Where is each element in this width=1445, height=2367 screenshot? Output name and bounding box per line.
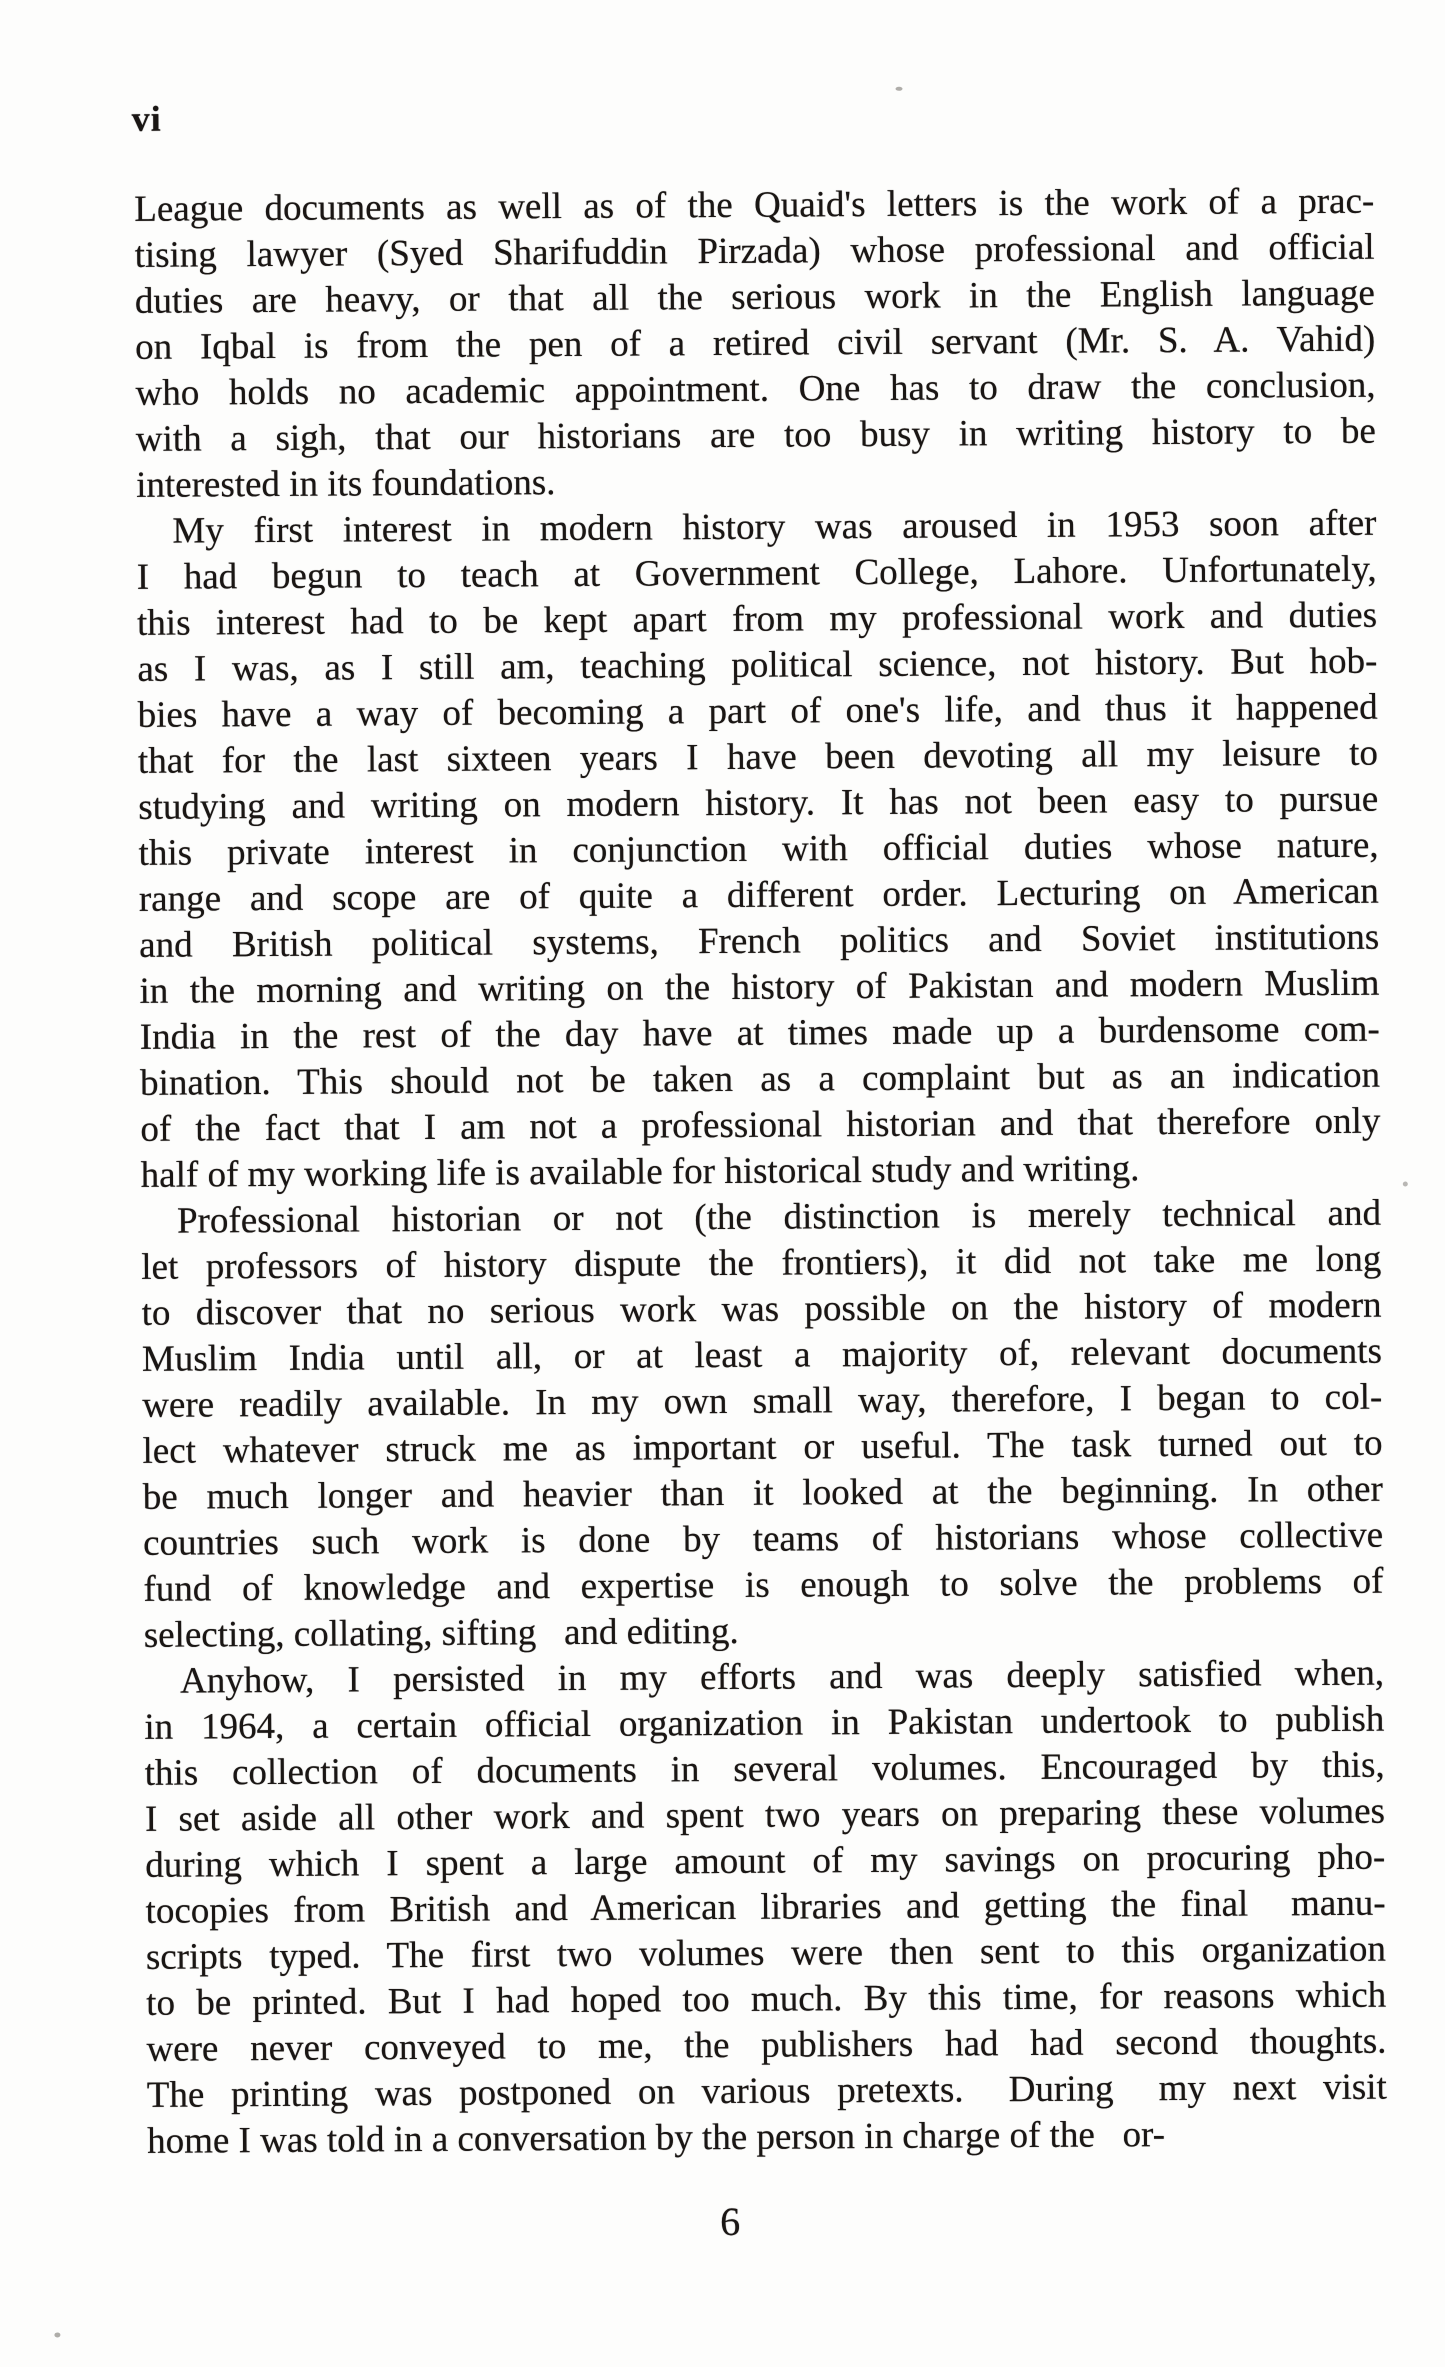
text-line: tising lawyer (Syed Sharifuddin Pirzada)… (134, 225, 1374, 279)
text-line: Professional historian or not (the disti… (141, 1191, 1381, 1245)
text-line: this collection of documents in several … (145, 1743, 1385, 1797)
text-line: as I was, as I still am, teaching politi… (137, 639, 1377, 693)
text-line: that for the last sixteen years I have b… (138, 731, 1378, 785)
text-line: League documents as well as of the Quaid… (134, 179, 1374, 233)
text-line: I set aside all other work and spent two… (145, 1789, 1385, 1843)
text-line: during which I spent a large amount of m… (145, 1835, 1385, 1889)
text-line: this interest had to be kept apart from … (137, 593, 1377, 647)
text-line: My first interest in modern history was … (136, 501, 1376, 555)
text-line: selecting, collating, sifting and editin… (144, 1605, 1384, 1659)
text-line: who holds no academic appointment. One h… (135, 363, 1375, 417)
text-line: with a sigh, that our historians are too… (136, 409, 1376, 463)
text-line: on Iqbal is from the pen of a retired ci… (135, 317, 1375, 371)
text-line: Anyhow, I persisted in my efforts and wa… (144, 1651, 1384, 1705)
text-line: home I was told in a conversation by the… (147, 2111, 1387, 2165)
text-line: to be printed. But I had hoped too much.… (146, 1973, 1386, 2027)
text-line: bies have a way of becoming a part of on… (138, 685, 1378, 739)
text-line: countries such work is done by teams of … (143, 1513, 1383, 1567)
body-text-block: League documents as well as of the Quaid… (134, 179, 1387, 2165)
text-line: in the morning and writing on the histor… (139, 961, 1379, 1015)
text-line: tocopies from British and American libra… (145, 1881, 1385, 1935)
text-line: this private interest in conjunction wit… (138, 823, 1378, 877)
text-line: Muslim India until all, or at least a ma… (142, 1329, 1382, 1383)
text-line: and British political systems, French po… (139, 915, 1379, 969)
page-scan-content: vi League documents as well as of the Qu… (0, 0, 1445, 2367)
scan-speck-icon (1403, 1181, 1408, 1186)
text-line: let professors of history dispute the fr… (141, 1237, 1381, 1291)
page-number: 6 (8, 2193, 1445, 2250)
text-line: I had begun to teach at Government Colle… (137, 547, 1377, 601)
text-line: interested in its foundations. (136, 455, 1376, 509)
text-line: range and scope are of quite a different… (139, 869, 1379, 923)
text-line: duties are heavy, or that all the seriou… (135, 271, 1375, 325)
text-line: fund of knowledge and expertise is enoug… (143, 1559, 1383, 1613)
scan-speck-icon (54, 2332, 60, 2337)
text-line: of the fact that I am not a professional… (140, 1099, 1380, 1153)
text-line: studying and writing on modern history. … (138, 777, 1378, 831)
text-line: to discover that no serious work was pos… (141, 1283, 1381, 1337)
text-line: India in the rest of the day have at tim… (140, 1007, 1380, 1061)
scan-speck-icon (896, 87, 903, 91)
text-line: half of my working life is available for… (141, 1145, 1381, 1199)
text-line: in 1964, a certain official organization… (144, 1697, 1384, 1751)
text-line: scripts typed. The first two volumes wer… (146, 1927, 1386, 1981)
folio-roman-numeral: vi (132, 98, 162, 140)
text-line: be much longer and heavier than it looke… (143, 1467, 1383, 1521)
text-line: were readily available. In my own small … (142, 1375, 1382, 1429)
text-line: bination. This should not be taken as a … (140, 1053, 1380, 1107)
text-line: lect whatever struck me as important or … (142, 1421, 1382, 1475)
text-line: The printing was postponed on various pr… (147, 2065, 1387, 2119)
text-line: were never conveyed to me, the publisher… (146, 2019, 1386, 2073)
